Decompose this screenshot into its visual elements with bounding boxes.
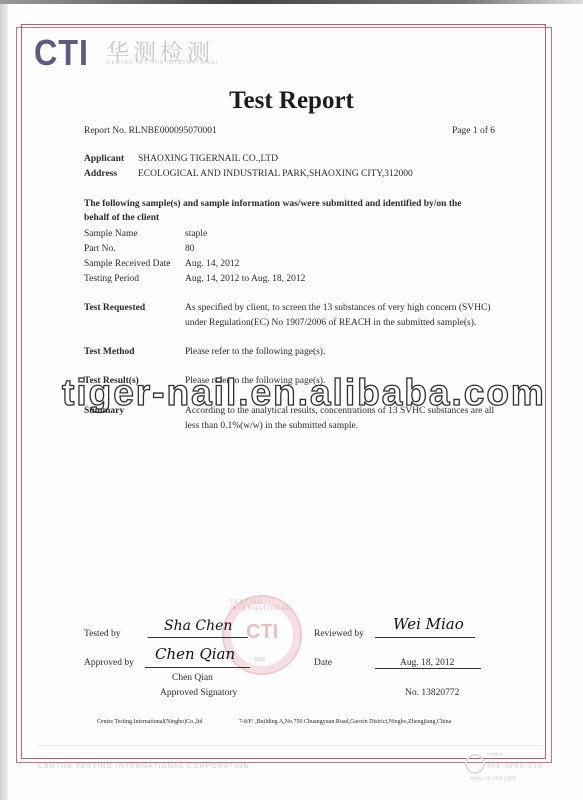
footer-address: 7-8/F/ ,Building A,No.750 Chuangyuan Roa… — [239, 719, 451, 725]
address-value: ECOLOGICAL AND INDUSTRIAL PARK,SHAOXING … — [138, 169, 413, 179]
test-requested-line1: As specified by client, to screen the 13… — [185, 303, 491, 313]
approved-by-line — [145, 667, 250, 668]
test-method-label: Test Method — [84, 347, 135, 357]
stamp-logo: CTI — [246, 621, 278, 644]
hotline-label: Hotline — [487, 752, 503, 758]
sample-intro-line2: behalf of the client — [84, 213, 159, 223]
reviewed-by-signature: Wei Miao — [393, 615, 464, 633]
received-date-value: Aug. 14, 2012 — [185, 259, 239, 269]
stamp-number: 8888 — [254, 657, 265, 663]
tested-by-line — [148, 637, 248, 638]
approver-title: Approved Signatory — [160, 688, 237, 698]
page-indicator: Page 1 of 6 — [452, 126, 495, 136]
summary-line1: According to the analytical results, con… — [185, 406, 494, 416]
reviewed-by-line — [375, 637, 475, 638]
testing-period-value: Aug. 14, 2012 to Aug. 18, 2012 — [185, 274, 305, 284]
page-top-edge — [0, 0, 583, 4]
sample-intro-line1: The following sample(s) and sample infor… — [84, 199, 461, 209]
applicant-label: Applicant — [84, 154, 124, 164]
address-label: Address — [84, 169, 117, 179]
report-number: Report No. RLNBE000095070001 — [84, 126, 217, 136]
certificate-number: No. 13820772 — [405, 688, 459, 698]
testing-period-label: Testing Period — [84, 274, 139, 284]
cti-seal-stamp: TESTING INTERNATIONAL CTI 8888 — [222, 595, 302, 675]
summary-line2: less than 0.1%(w/w) in the submitted sam… — [185, 421, 358, 431]
reviewed-by-label: Reviewed by — [314, 629, 364, 639]
sample-name-value: staple — [185, 229, 207, 239]
cti-logo: CTI — [34, 32, 89, 74]
date-value: Aug. 18, 2012 — [400, 658, 454, 668]
received-date-label: Sample Received Date — [84, 259, 171, 269]
tested-by-signature: Sha Chen — [164, 618, 232, 634]
summary-label: Summary — [84, 406, 124, 416]
approver-name: Chen Qian — [172, 673, 213, 683]
footer-divider — [38, 745, 544, 746]
applicant-value: SHAOXING TIGERNAIL CO.,LTD — [138, 154, 278, 164]
test-method-value: Please refer to the following page(s). — [185, 347, 325, 357]
hotline-number: 400-6788-333 — [487, 763, 543, 770]
approved-by-label: Approved by — [84, 658, 134, 668]
stamp-ring-text: TESTING INTERNATIONAL — [230, 600, 300, 612]
footer-corporation: CENTRE TESTING INTERNATIONAL CORPORATION — [38, 763, 250, 770]
part-no-label: Part No. — [84, 244, 116, 254]
tested-by-label: Tested by — [84, 629, 121, 639]
footer-website: www.cti-cert.com — [470, 776, 515, 782]
phone-icon — [465, 754, 485, 774]
date-label: Date — [314, 658, 332, 668]
cti-logo-subtitle: CENTRE TESTING INTERNATIONAL — [107, 60, 220, 66]
part-no-value: 80 — [185, 244, 195, 254]
test-requested-line2: under Regulation(EC) No 1907/2006 of REA… — [185, 318, 476, 328]
date-line — [375, 668, 481, 669]
page-title: Test Report — [0, 87, 583, 115]
sample-name-label: Sample Name — [84, 229, 138, 239]
footer-company: Centre Testing International(Ningbo)Co.,… — [97, 719, 202, 725]
approved-by-signature: Chen Qian — [155, 645, 235, 663]
page-edge-shadow — [0, 0, 8, 800]
test-requested-label: Test Requested — [84, 303, 145, 313]
